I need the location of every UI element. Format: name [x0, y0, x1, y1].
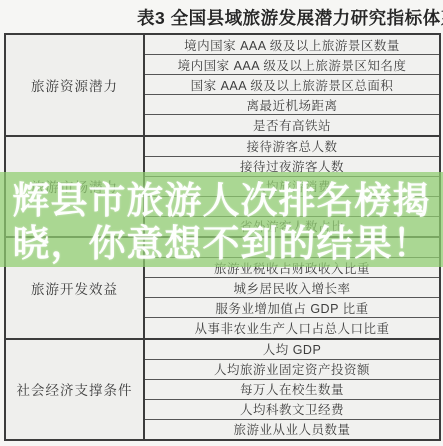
category-cell: 旅游资源潜力 [6, 35, 145, 135]
indicator-rows: 人均 GDP 人均旅游业固定资产投资额 每万人在校生数量 人均科教文卫经费 旅游… [145, 340, 439, 440]
table-row: 离最近机场距离 [145, 94, 439, 114]
table-row: 每万人在校生数量 [145, 379, 439, 399]
table-row: 人均科教文卫经费 [145, 399, 439, 419]
table-row: 旅游业从业人员数量 [145, 419, 439, 439]
table-row: 接待游客总人数 [145, 137, 439, 156]
group-tourism-resource-potential: 旅游资源潜力 境内国家 AAA 级及以上旅游景区数量 境内国家 AAA 级及以上… [6, 35, 439, 135]
table-row: 人均 GDP [145, 340, 439, 359]
table-row: 从事非农业生产人口占总人口比重 [145, 317, 439, 337]
headline-banner: 辉县市旅游人次排名榜揭 晓，你意想不到的结果！ [0, 179, 443, 265]
indicator-rows: 境内国家 AAA 级及以上旅游景区数量 境内国家 AAA 级及以上旅游景区知名度… [145, 35, 439, 135]
table-row: 人均旅游业固定资产投资额 [145, 359, 439, 379]
page-title: 表3 全国县域旅游发展潜力研究指标体系 [137, 5, 443, 30]
category-cell: 社会经济支撑条件 [6, 340, 145, 440]
headline-line-1: 辉县市旅游人次排名榜揭 [0, 179, 443, 222]
table-row: 境内国家 AAA 级及以上旅游景区数量 [145, 35, 439, 54]
group-socioeconomic-support: 社会经济支撑条件 人均 GDP 人均旅游业固定资产投资额 每万人在校生数量 人均… [6, 338, 439, 440]
table-row: 境内国家 AAA 级及以上旅游景区知名度 [145, 54, 439, 74]
table-row: 服务业增加值占 GDP 比重 [145, 297, 439, 317]
table-row: 国家 AAA 级及以上旅游景区总面积 [145, 74, 439, 94]
table-row: 城乡居民收入增长率 [145, 277, 439, 297]
table-row: 是否有高铁站 [145, 114, 439, 134]
headline-line-2: 晓，你意想不到的结果！ [0, 222, 443, 265]
